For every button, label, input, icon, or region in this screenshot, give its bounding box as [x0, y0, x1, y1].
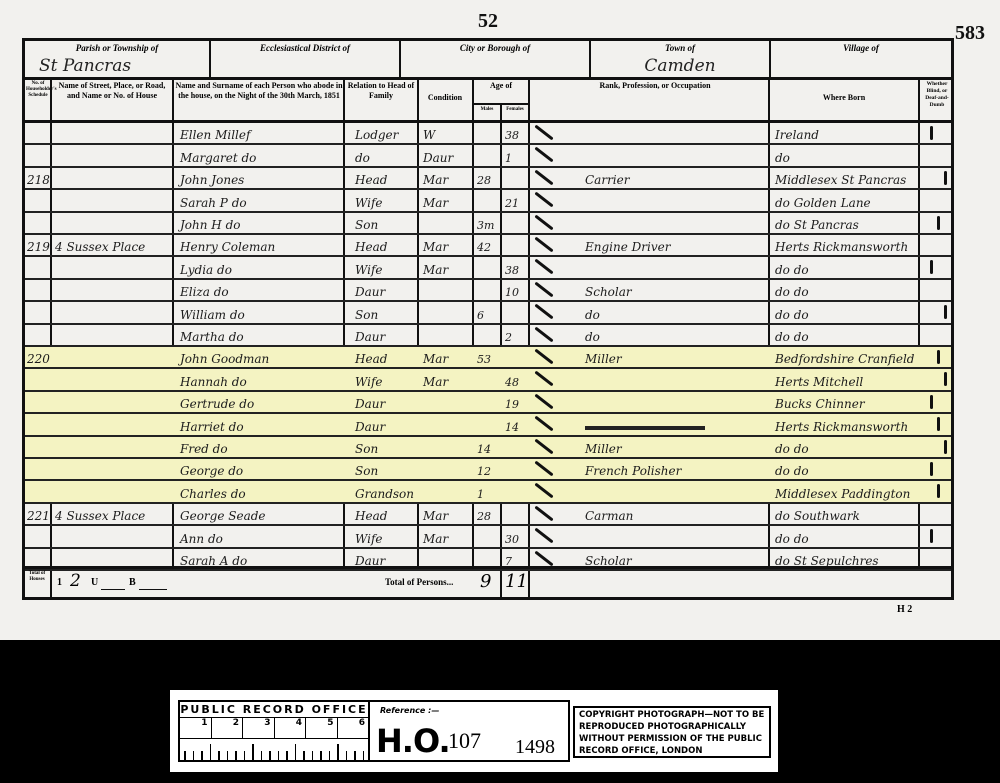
ruler-ticks — [180, 739, 368, 762]
cell-condition: Mar — [423, 532, 448, 546]
cell-female: 38 — [505, 264, 519, 277]
tally-mark — [937, 216, 940, 230]
check-stroke — [534, 416, 553, 432]
sheet-mark: H 2 — [897, 604, 912, 615]
cell-male: 12 — [477, 465, 491, 478]
b-blank — [139, 589, 167, 590]
ruler-mark: 4 — [275, 718, 307, 738]
cell-female: 19 — [505, 398, 519, 411]
houses-total-label: Total of Houses — [26, 571, 48, 583]
table-row: Martha doDaur2dodo do — [25, 325, 951, 347]
cell-relation: Head — [355, 352, 387, 366]
village-cell: Village of — [771, 41, 951, 77]
ruler-tick — [184, 751, 186, 760]
ruler-tick — [218, 751, 220, 760]
cell-condition: Mar — [423, 173, 448, 187]
cell-name: John Goodman — [180, 352, 269, 366]
cell-name: John Jones — [180, 173, 244, 187]
town-label: Town of — [591, 43, 769, 53]
table-row: Ellen MillefLodgerW38Ireland — [25, 123, 951, 145]
table-row: 2214 Sussex PlaceGeorge SeadeHeadMar28Ca… — [25, 504, 951, 526]
table-row: John H doSon3mdo St Pancras — [25, 213, 951, 235]
ruler-tick — [261, 751, 263, 760]
cell-born: do do — [775, 532, 809, 546]
col-name: Name and Surname of each Person who abod… — [175, 81, 343, 101]
ruler-tick — [312, 751, 314, 760]
cell-name: George do — [180, 464, 243, 478]
cell-street: 4 Sussex Place — [55, 509, 145, 523]
cell-born: do Golden Lane — [775, 196, 871, 210]
cell-name: George Seade — [180, 509, 266, 523]
cell-born: do do — [775, 263, 809, 277]
check-stroke — [534, 125, 553, 141]
cell-name: Harriet do — [180, 420, 244, 434]
ruler-mark: 1 — [180, 718, 212, 738]
check-stroke — [534, 483, 553, 499]
ruler-tick — [363, 751, 365, 760]
table-row: Fred doSon14Millerdo do — [25, 437, 951, 459]
col-schedule: No. of Householder's Schedule — [26, 81, 50, 99]
cell-female: 21 — [505, 197, 519, 210]
cell-name: Ann do — [180, 532, 223, 546]
table-row: 2194 Sussex PlaceHenry ColemanHeadMar42E… — [25, 235, 951, 257]
cell-born: Middlesex St Pancras — [775, 173, 906, 187]
cell-schedule: 219 — [27, 240, 50, 254]
cell-relation: Head — [355, 173, 387, 187]
tally-mark — [937, 484, 940, 498]
col-blind: Whether Blind, or Deaf-and-Dumb — [920, 81, 954, 109]
cell-male: 28 — [477, 510, 491, 523]
cell-name: Martha do — [180, 330, 244, 344]
ruler-tick — [329, 751, 331, 760]
pro-title: PUBLIC RECORD OFFICE — [180, 702, 368, 718]
cell-relation: Daur — [355, 285, 385, 299]
table-row: Lydia doWifeMar38do do — [25, 257, 951, 279]
col-street: Name of Street, Place, or Road, and Name… — [53, 81, 171, 101]
reference-box: Reference :— H.O. 107 1498 — [370, 700, 570, 762]
check-stroke — [534, 438, 553, 454]
cell-condition: Daur — [423, 151, 453, 165]
cell-relation: Head — [355, 240, 387, 254]
parish-value: St Pancras — [25, 56, 209, 76]
ruler-tick — [286, 751, 288, 760]
cell-name: Charles do — [180, 487, 246, 501]
cell-condition: Mar — [423, 196, 448, 210]
cell-female: 14 — [505, 421, 519, 434]
parish-label: Parish or Township of — [25, 43, 209, 53]
col-age: Age of — [474, 81, 528, 91]
cell-female: 38 — [505, 129, 519, 142]
ruler-tick — [210, 744, 212, 760]
cell-male: 28 — [477, 174, 491, 187]
table-row: Hannah doWifeMar48Herts Mitchell — [25, 369, 951, 391]
check-stroke — [534, 259, 553, 275]
ruler-marks: 1 2 3 4 5 6 — [180, 718, 368, 739]
reference-label: Reference :— — [380, 706, 439, 715]
cell-born: do do — [775, 330, 809, 344]
cell-male: 1 — [477, 488, 484, 501]
city-label: City or Borough of — [401, 43, 589, 53]
reference-number: 1498 — [515, 736, 555, 759]
males-total: 9 — [480, 571, 491, 592]
ecclesiastical-label: Ecclesiastical District of — [211, 43, 399, 53]
page-number: 52 — [478, 10, 498, 33]
col-females: Females — [502, 105, 528, 115]
census-form: Parish or Township of St Pancras Ecclesi… — [22, 38, 954, 600]
col-occupation: Rank, Profession, or Occupation — [570, 81, 740, 91]
cell-relation: Son — [355, 218, 378, 232]
table-row: Sarah P doWifeMar21do Golden Lane — [25, 190, 951, 212]
cell-male: 3m — [477, 219, 494, 232]
cell-name: Sarah P do — [180, 196, 247, 210]
cell-condition: Mar — [423, 263, 448, 277]
cell-name: Ellen Millef — [180, 128, 250, 142]
tally-mark — [930, 260, 933, 274]
ruler-tick — [201, 751, 203, 760]
cell-female: 2 — [505, 331, 512, 344]
cell-female: 48 — [505, 376, 519, 389]
cell-relation: Wife — [355, 375, 383, 389]
tally-mark — [930, 395, 933, 409]
cell-relation: Daur — [355, 397, 385, 411]
ruler-tick — [337, 744, 339, 760]
ruler-tick — [193, 751, 195, 760]
check-stroke — [534, 147, 553, 163]
cell-born: do do — [775, 308, 809, 322]
cell-relation: Daur — [355, 420, 385, 434]
tally-mark — [930, 126, 933, 140]
ruler-tick — [244, 751, 246, 760]
ruler-tick — [295, 744, 297, 760]
cell-relation: Wife — [355, 196, 383, 210]
tally-mark — [944, 440, 947, 454]
cell-born: do do — [775, 442, 809, 456]
ruler-mark: 5 — [306, 718, 338, 738]
ecclesiastical-cell: Ecclesiastical District of — [211, 41, 401, 77]
cell-born: Ireland — [775, 128, 819, 142]
table-row: Gertrude doDaur19Bucks Chinner — [25, 392, 951, 414]
col-where-born: Where Born — [770, 93, 918, 103]
check-stroke — [534, 505, 553, 521]
cell-occupation: do — [585, 330, 600, 344]
cell-occupation: Scholar — [585, 285, 632, 299]
check-stroke — [534, 550, 553, 566]
census-page: 52 583 Parish or Township of St Pancras … — [0, 0, 1000, 640]
cell-male: 14 — [477, 443, 491, 456]
cell-born: Bucks Chinner — [775, 397, 865, 411]
pro-reference-label: PUBLIC RECORD OFFICE 1 2 3 4 5 6 Referen… — [170, 690, 778, 772]
check-stroke — [534, 237, 553, 253]
cell-occupation: Carrier — [585, 173, 629, 187]
cell-occupation: (struck through) — [585, 412, 705, 430]
ruler-tick — [252, 744, 254, 760]
cell-born: do — [775, 151, 790, 165]
check-stroke — [534, 281, 553, 297]
village-label: Village of — [771, 43, 951, 53]
cell-condition: Mar — [423, 509, 448, 523]
cell-occupation: Miller — [585, 442, 622, 456]
cell-female: 1 — [505, 152, 512, 165]
ruler-tick — [320, 751, 322, 760]
cell-born: Bedfordshire Cranfield — [775, 352, 915, 366]
ruler-tick — [354, 751, 356, 760]
parish-cell: Parish or Township of St Pancras — [25, 41, 211, 77]
cell-name: John H do — [180, 218, 241, 232]
cell-relation: Lodger — [355, 128, 398, 142]
cell-relation: Grandson — [355, 487, 414, 501]
cell-name: Margaret do — [180, 151, 256, 165]
pro-ruler-box: PUBLIC RECORD OFFICE 1 2 3 4 5 6 — [178, 700, 370, 762]
ruler-tick — [278, 751, 280, 760]
ruler-tick — [235, 751, 237, 760]
uninhabited-label: U — [91, 577, 98, 588]
cell-born: do St Pancras — [775, 218, 859, 232]
cell-female: 30 — [505, 533, 519, 546]
cell-occupation: French Polisher — [585, 464, 681, 478]
houses-inhabited: 2 — [70, 571, 81, 591]
cell-street: 4 Sussex Place — [55, 240, 145, 254]
cell-name: Fred do — [180, 442, 228, 456]
females-total: 11 — [505, 571, 528, 592]
cell-born: Herts Rickmansworth — [775, 240, 908, 254]
table-row: William doSon6dodo do — [25, 302, 951, 324]
col-relation: Relation to Head of Family — [345, 81, 417, 101]
cell-relation: Son — [355, 308, 378, 322]
col-males: Males — [474, 105, 500, 115]
check-stroke — [534, 214, 553, 230]
cell-male: 6 — [477, 309, 484, 322]
check-stroke — [534, 393, 553, 409]
u-blank — [101, 589, 125, 590]
cell-name: Eliza do — [180, 285, 229, 299]
cell-female: 10 — [505, 286, 519, 299]
check-stroke — [534, 304, 553, 320]
table-row: 218John JonesHeadMar28CarrierMiddlesex S… — [25, 168, 951, 190]
cell-name: Lydia do — [180, 263, 232, 277]
cell-born: do Southwark — [775, 509, 860, 523]
cell-condition: Mar — [423, 352, 448, 366]
check-stroke — [534, 192, 553, 208]
cell-condition: Mar — [423, 240, 448, 254]
table-row: George doSon12French Polisherdo do — [25, 459, 951, 481]
ruler-mark: 6 — [338, 718, 369, 738]
check-stroke — [534, 326, 553, 342]
check-stroke — [534, 349, 553, 365]
city-cell: City or Borough of — [401, 41, 591, 77]
cell-relation: Wife — [355, 263, 383, 277]
cell-schedule: 218 — [27, 173, 50, 187]
town-value: Camden — [591, 56, 769, 76]
copyright-notice: COPYRIGHT PHOTOGRAPH—NOT TO BE REPRODUCE… — [573, 706, 771, 758]
cell-born: Herts Rickmansworth — [775, 420, 908, 434]
col-condition: Condition — [418, 93, 472, 103]
reference-piece: 107 — [448, 728, 481, 754]
tally-mark — [937, 350, 940, 364]
table-row: Margaret dodoDaur1do — [25, 145, 951, 167]
cell-occupation: Engine Driver — [585, 240, 670, 254]
houses-prefix: 1 — [57, 577, 62, 588]
tally-mark — [944, 305, 947, 319]
cell-relation: Daur — [355, 330, 385, 344]
cell-schedule: 221 — [27, 509, 50, 523]
tally-mark — [944, 171, 947, 185]
tally-mark — [937, 417, 940, 431]
cell-name: Henry Coleman — [180, 240, 275, 254]
tally-mark — [944, 372, 947, 386]
check-stroke — [534, 528, 553, 544]
table-row: 220John GoodmanHeadMar53MillerBedfordshi… — [25, 347, 951, 369]
folio-number: 583 — [955, 22, 985, 45]
ruler-mark: 3 — [243, 718, 275, 738]
cell-born: do do — [775, 464, 809, 478]
cell-name: Hannah do — [180, 375, 247, 389]
cell-relation: Son — [355, 464, 378, 478]
cell-relation: Wife — [355, 532, 383, 546]
cell-occupation: Carman — [585, 509, 633, 523]
reference-class: H.O. — [376, 722, 450, 760]
persons-total-label: Total of Persons... — [385, 577, 453, 587]
ruler-tick — [269, 751, 271, 760]
cell-relation: Son — [355, 442, 378, 456]
cell-condition: W — [423, 128, 435, 142]
building-label: B — [129, 577, 136, 588]
cell-male: 42 — [477, 241, 491, 254]
cell-born: Middlesex Paddington — [775, 487, 910, 501]
ruler-tick — [227, 751, 229, 760]
cell-born: do do — [775, 285, 809, 299]
table-row: Eliza doDaur10Scholardo do — [25, 280, 951, 302]
check-stroke — [534, 371, 553, 387]
cell-male: 53 — [477, 353, 491, 366]
tally-mark — [930, 462, 933, 476]
ruler-tick — [346, 751, 348, 760]
district-header: Parish or Township of St Pancras Ecclesi… — [25, 41, 951, 80]
cell-relation: do — [355, 151, 370, 165]
cell-name: William do — [180, 308, 245, 322]
cell-schedule: 220 — [27, 352, 50, 366]
cell-born: Herts Mitchell — [775, 375, 863, 389]
table-row: Charles doGrandson1Middlesex Paddington — [25, 481, 951, 503]
ruler-mark: 2 — [212, 718, 244, 738]
cell-relation: Head — [355, 509, 387, 523]
cell-name: Gertrude do — [180, 397, 254, 411]
check-stroke — [534, 169, 553, 185]
cell-occupation: do — [585, 308, 600, 322]
tally-mark — [930, 529, 933, 543]
cell-occupation: Miller — [585, 352, 622, 366]
table-row: Harriet doDaur14(struck through)Herts Ri… — [25, 414, 951, 436]
table-row: Ann doWifeMar30do do — [25, 526, 951, 548]
ruler-tick — [303, 751, 305, 760]
totals-row: Total of Houses 1 2 U B Total of Persons… — [25, 566, 951, 597]
check-stroke — [534, 461, 553, 477]
town-cell: Town of Camden — [591, 41, 771, 77]
cell-condition: Mar — [423, 375, 448, 389]
